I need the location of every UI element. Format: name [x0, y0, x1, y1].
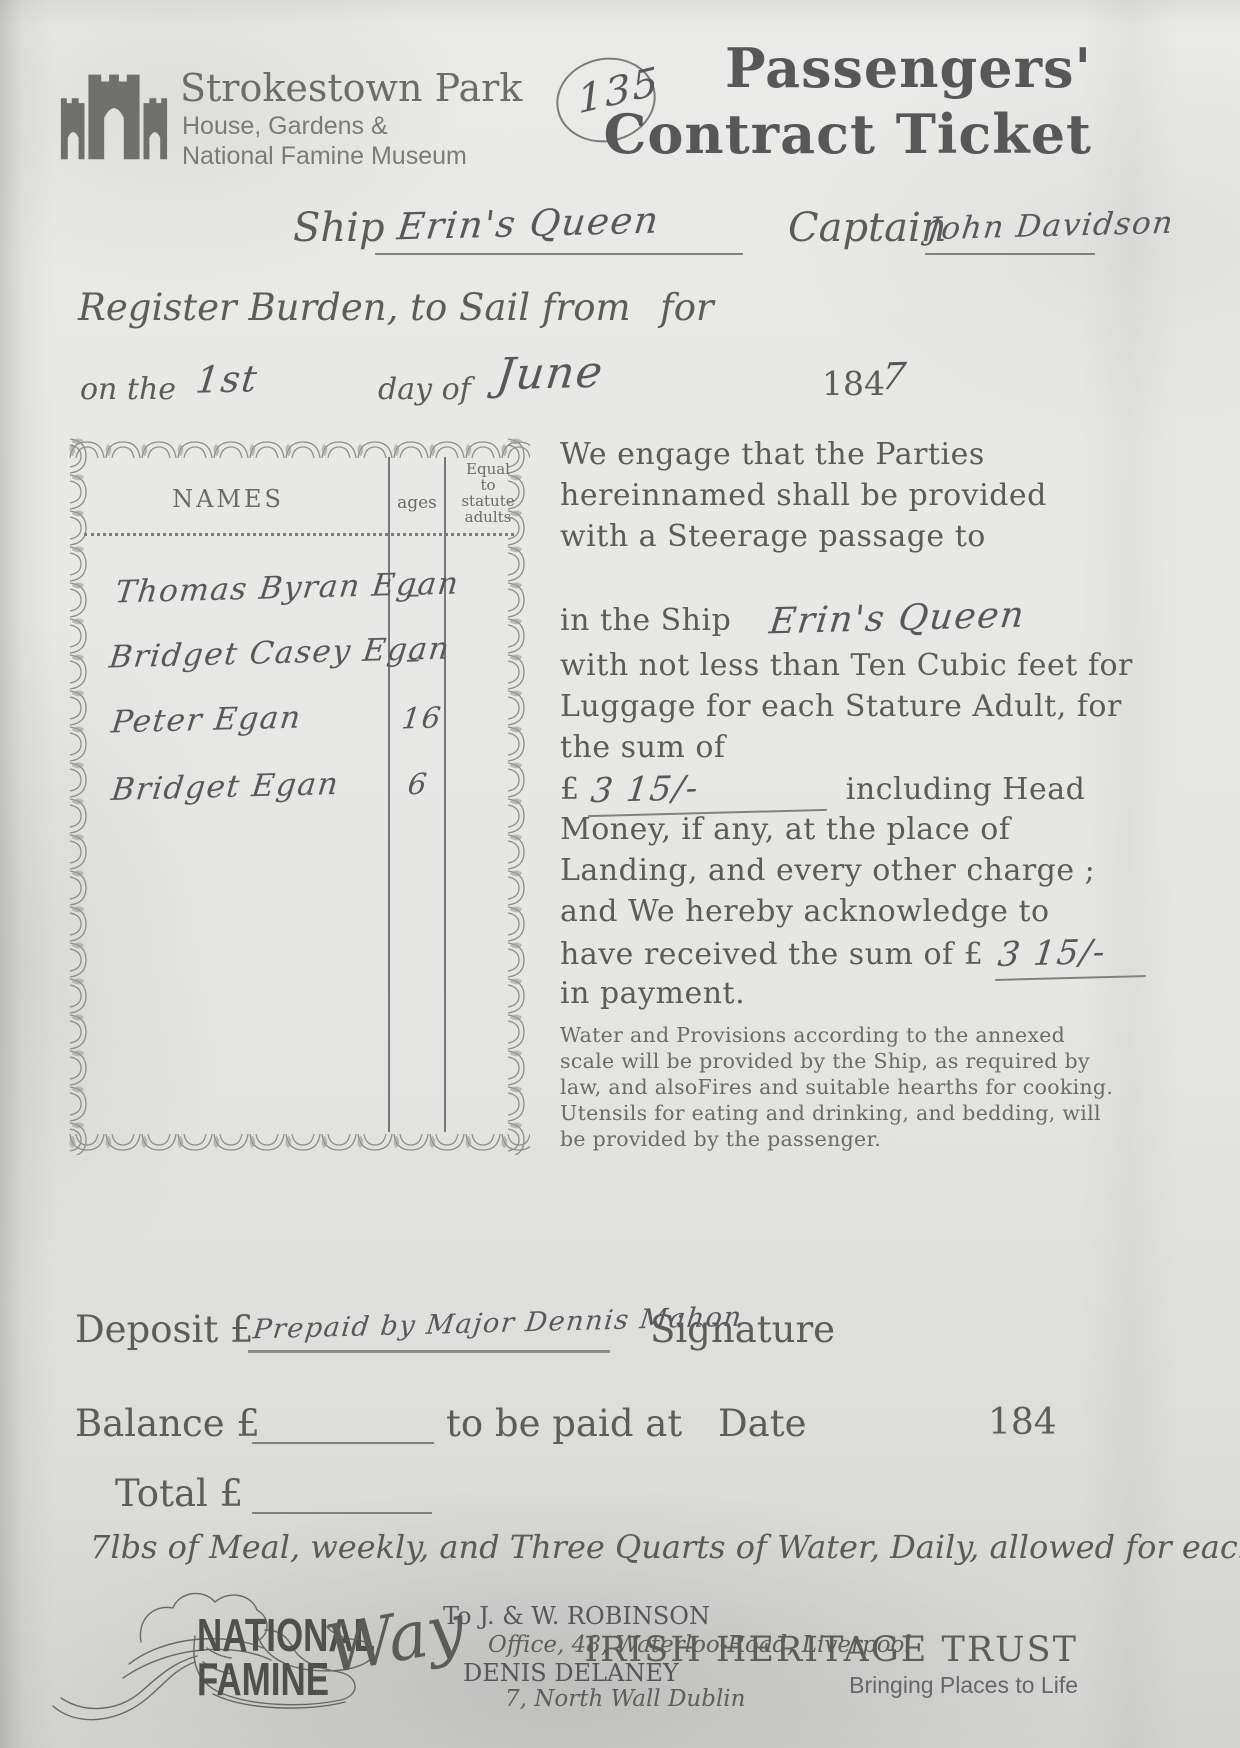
- year-handwritten: 7: [880, 355, 910, 399]
- passenger-name: Bridget Casey Egan: [107, 631, 452, 676]
- engagement-line: hereinnamed shall be provided: [560, 478, 1047, 513]
- day-of-label: day of: [378, 372, 471, 407]
- engagement-line: the sum of: [560, 730, 726, 765]
- engagement-received-line: have received the sum of £ 3 15/-: [560, 933, 1148, 979]
- logo-subtitle-line1: House, Gardens &: [182, 112, 388, 141]
- strokestown-castle-icon: [55, 60, 173, 164]
- captain-label: Captain: [788, 205, 947, 251]
- passenger-table: NAMES ages Equal to statute adults Thoma…: [68, 437, 530, 1155]
- page-title-line1: Passengers': [725, 36, 1092, 100]
- table-column-rule-2: [444, 457, 446, 1132]
- names-column-header: NAMES: [138, 485, 318, 513]
- sail-day-value: 1st: [193, 357, 260, 402]
- on-the-label: on the: [80, 372, 176, 407]
- total-underline: [252, 1442, 432, 1514]
- ornamental-border-bottom-icon: [68, 1131, 530, 1155]
- equal-header-word-1: Equal: [446, 461, 530, 477]
- engagement-line: in payment.: [560, 976, 745, 1011]
- ship-name-value: Erin's Queen: [395, 199, 662, 249]
- ornamental-border-right-icon: [506, 437, 530, 1155]
- ship-label: Ship: [293, 205, 385, 251]
- engagement-line: with a Steerage passage to: [560, 519, 986, 554]
- engagement-ship-line: in the Ship Erin's Queen: [560, 598, 1025, 639]
- page-title-line2: Contract Ticket: [603, 102, 1092, 166]
- deposit-label: Deposit £: [75, 1308, 254, 1351]
- passenger-age: 6: [406, 767, 430, 802]
- pound-sign: £: [560, 772, 580, 807]
- logo-title: Strokestown Park: [180, 66, 522, 110]
- table-column-rule-1: [388, 457, 390, 1132]
- national-famine-way-logo-line2: FAMINE: [197, 1652, 329, 1706]
- to-be-paid-at-label: to be paid at: [446, 1402, 682, 1445]
- passenger-name: Peter Egan: [110, 700, 304, 741]
- engagement-line: Money, if any, at the place of: [560, 812, 1010, 847]
- date-year-printed: 184: [988, 1402, 1057, 1443]
- year-printed: 184: [822, 364, 885, 403]
- passenger-age: –: [404, 577, 423, 610]
- equal-header-word-2: to: [446, 477, 530, 493]
- engagement-line: Landing, and every other charge ;: [560, 853, 1095, 888]
- engagement-line: Luggage for each Stature Adult, for: [560, 689, 1122, 724]
- allowance-note: 7lbs of Meal, weekly, and Three Quarts o…: [90, 1528, 1240, 1566]
- ship-name-handwritten: Erin's Queen: [768, 595, 1028, 643]
- ages-column-header: ages: [390, 493, 444, 513]
- passenger-name: Bridget Egan: [110, 766, 342, 808]
- addressee-robinson: To J. & W. ROBINSON: [443, 1602, 710, 1630]
- total-label: Total £: [115, 1472, 243, 1515]
- captain-name-value: John Davidson: [926, 205, 1176, 247]
- signature-label: Signature: [650, 1308, 835, 1351]
- sum-value-handwritten: 3 15/-: [588, 765, 832, 817]
- in-the-ship-label: in the Ship: [560, 603, 731, 638]
- ornamental-border-top-icon: [68, 437, 530, 461]
- sail-month-value: June: [494, 347, 607, 401]
- for-label: for: [660, 286, 714, 329]
- fine-print-paragraph: Water and Provisions according to the an…: [560, 1022, 1120, 1152]
- engagement-line: and We hereby acknowledge to: [560, 894, 1050, 929]
- addressee-dublin-office: 7, North Wall Dublin: [505, 1686, 745, 1712]
- table-header-dotted-rule: [84, 533, 514, 536]
- engagement-line: We engage that the Parties: [560, 437, 985, 472]
- received-sum-label: have received the sum of £: [560, 937, 983, 972]
- irish-heritage-trust-logo: IRISH HERITAGE TRUST: [584, 1630, 1078, 1670]
- passenger-age: –: [404, 642, 423, 675]
- passenger-age: 16: [400, 700, 444, 735]
- equal-header-word-4: adults: [446, 509, 530, 525]
- engagement-sum-line: £ 3 15/- including Head: [560, 768, 1085, 814]
- date-label: Date: [718, 1402, 807, 1445]
- balance-underline: [252, 1372, 434, 1444]
- ornamental-border-left-icon: [68, 437, 92, 1155]
- balance-label: Balance £: [75, 1402, 260, 1445]
- engagement-line: with not less than Ten Cubic feet for: [560, 648, 1133, 683]
- equal-header-word-3: statute: [446, 493, 530, 509]
- irish-heritage-trust-tagline: Bringing Places to Life: [849, 1672, 1078, 1699]
- including-head-label: including Head: [846, 772, 1086, 807]
- passenger-contract-ticket-document: Strokestown Park House, Gardens & Nation…: [0, 0, 1240, 1748]
- received-sum-value-handwritten: 3 15/-: [996, 931, 1152, 981]
- register-burden-label: Register Burden, to Sail from: [78, 286, 631, 329]
- equal-statute-adults-column-header: Equal to statute adults: [446, 461, 530, 525]
- logo-subtitle-line2: National Famine Museum: [182, 142, 467, 171]
